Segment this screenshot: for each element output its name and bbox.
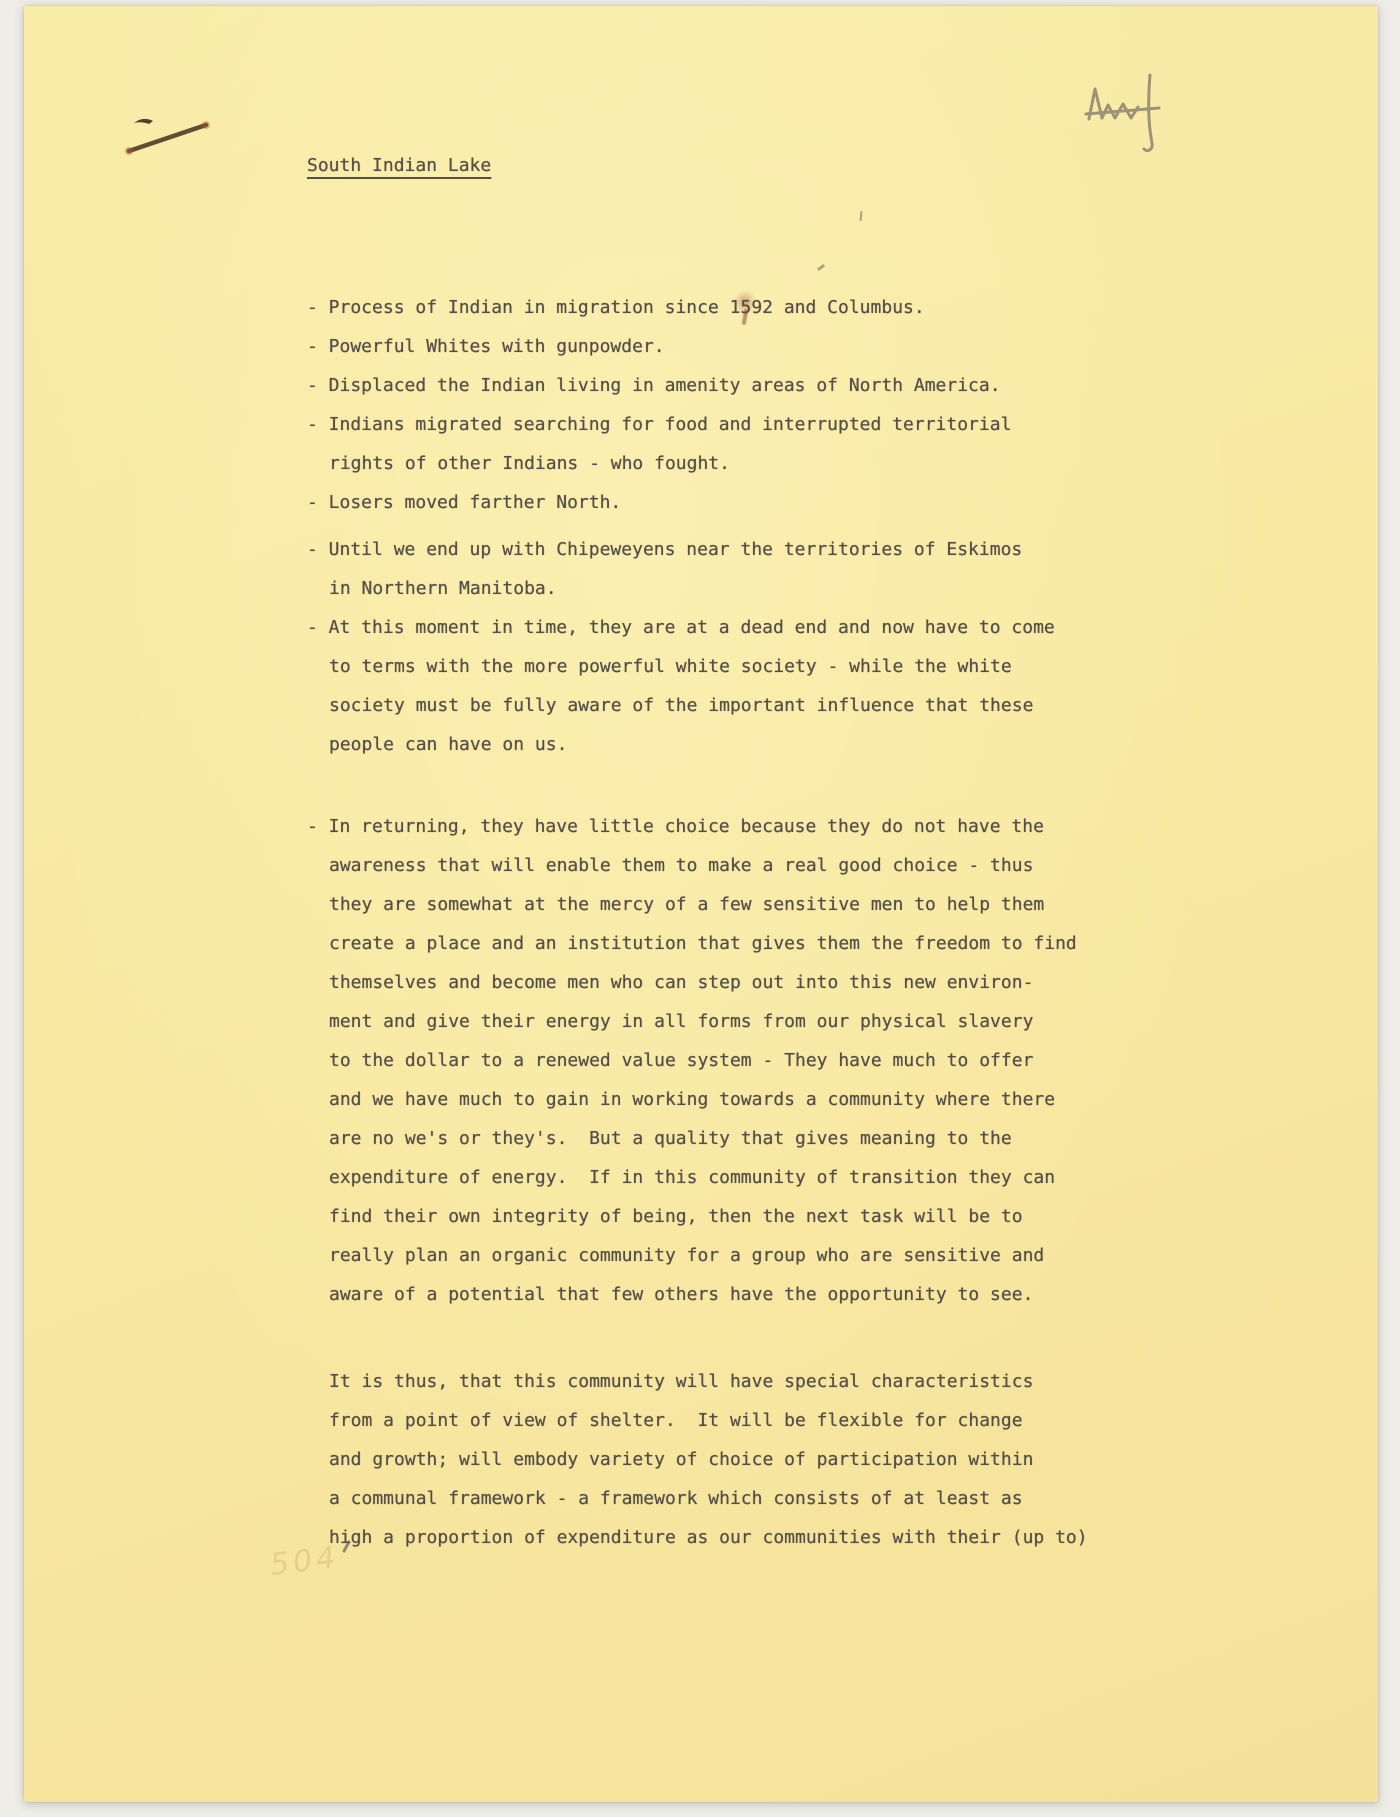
- paper-sheet: 504 South Indian Lake - Process of India…: [24, 6, 1378, 1802]
- document-title: South Indian Lake: [307, 146, 1127, 185]
- bullet-item: - Displaced the Indian living in amenity…: [307, 366, 1127, 405]
- bullet-item: - At this moment in time, they are at a …: [307, 608, 1127, 764]
- bullet-item: - Process of Indian in migration since 1…: [307, 288, 1127, 327]
- ink-smudge-mark: [109, 101, 229, 161]
- bullet-item: - Powerful Whites with gunpowder.: [307, 327, 1127, 366]
- bullet-item: - Indians migrated searching for food an…: [307, 405, 1127, 483]
- closing-paragraph: It is thus, that this community will hav…: [307, 1362, 1127, 1557]
- document-body: South Indian Lake - Process of Indian in…: [307, 146, 1127, 1557]
- bullet-item: - Losers moved farther North.: [307, 483, 1127, 522]
- bullet-item: - Until we end up with Chipeweyens near …: [307, 530, 1127, 608]
- bullet-item: - In returning, they have little choice …: [307, 807, 1127, 1314]
